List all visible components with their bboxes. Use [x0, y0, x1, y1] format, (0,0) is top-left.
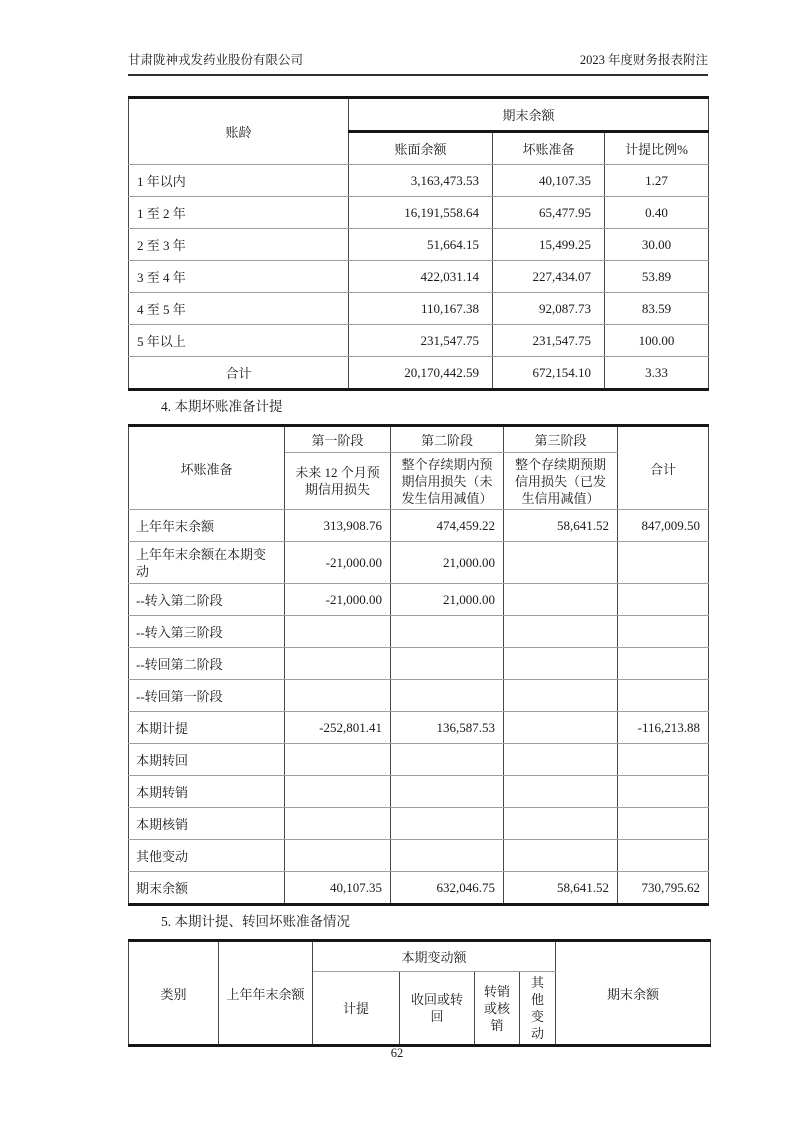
- stage3-cell: [504, 808, 618, 840]
- stage2-cell: [391, 616, 504, 648]
- stage-row-label: 上年年末余额: [129, 510, 285, 542]
- aging-col-provision: 坏账准备: [493, 132, 605, 165]
- total-cell: [618, 680, 709, 712]
- stage2-cell: [391, 808, 504, 840]
- total-cell: 730,795.62: [618, 872, 709, 905]
- provision-cell: 40,107.35: [493, 165, 605, 197]
- table-row: 5 年以上 231,547.75 231,547.75 100.00: [129, 325, 709, 357]
- stage-total-header: 合计: [618, 426, 709, 510]
- stage-row-label: 本期转销: [129, 776, 285, 808]
- writeoff-header: 转销或核销: [475, 972, 520, 1046]
- aging-label: 4 至 5 年: [129, 293, 349, 325]
- stage-3-description: 整个存续期预期信用损失（已发生信用减值）: [504, 453, 618, 510]
- prev-balance-header: 上年年末余额: [219, 941, 313, 1046]
- aging-label: 1 年以内: [129, 165, 349, 197]
- report-title: 2023 年度财务报表附注: [580, 52, 708, 68]
- total-cell: [618, 542, 709, 584]
- stage-row-label: 上年年末余额在本期变动: [129, 542, 285, 584]
- total-row: 合计 20,170,442.59 672,154.10 3.33: [129, 357, 709, 390]
- book-balance-cell: 110,167.38: [349, 293, 493, 325]
- stage1-cell: [285, 616, 391, 648]
- stage-row-label: 期末余额: [129, 872, 285, 905]
- stage-1-description: 未来 12 个月预期信用损失: [285, 453, 391, 510]
- stage2-cell: [391, 776, 504, 808]
- aging-table: 账龄 期末余额 账面余额 坏账准备 计提比例% 1 年以内 3,163,473.…: [128, 96, 709, 391]
- table-row: --转回第二阶段: [129, 648, 709, 680]
- table-row: 其他变动: [129, 840, 709, 872]
- stage2-cell: [391, 648, 504, 680]
- page-content: 甘肃陇神戎发药业股份有限公司 2023 年度财务报表附注 账龄 期末余额 账面余…: [128, 52, 708, 1047]
- book-balance-total: 20,170,442.59: [349, 357, 493, 390]
- stage1-cell: -252,801.41: [285, 712, 391, 744]
- end-balance-header: 期末余额: [556, 941, 711, 1046]
- book-balance-cell: 231,547.75: [349, 325, 493, 357]
- stage-header-row-1: 坏账准备 第一阶段 第二阶段 第三阶段 合计: [129, 426, 709, 453]
- total-cell: [618, 616, 709, 648]
- stage-3-header: 第三阶段: [504, 426, 618, 453]
- stage2-cell: [391, 680, 504, 712]
- stage-row-label: 本期转回: [129, 744, 285, 776]
- total-cell: [618, 808, 709, 840]
- stage3-cell: [504, 616, 618, 648]
- ratio-cell: 1.27: [605, 165, 709, 197]
- stage-row-label: 其他变动: [129, 840, 285, 872]
- stage3-cell: [504, 712, 618, 744]
- table-row: --转入第二阶段 -21,000.00 21,000.00: [129, 584, 709, 616]
- ratio-cell: 0.40: [605, 197, 709, 229]
- stage1-cell: 313,908.76: [285, 510, 391, 542]
- recovery-header: 收回或转回: [400, 972, 475, 1046]
- book-balance-cell: 422,031.14: [349, 261, 493, 293]
- total-cell: 847,009.50: [618, 510, 709, 542]
- table-row: 本期核销: [129, 808, 709, 840]
- total-label: 合计: [129, 357, 349, 390]
- table-row: 上年年末余额在本期变动 -21,000.00 21,000.00: [129, 542, 709, 584]
- stage-2-header: 第二阶段: [391, 426, 504, 453]
- stage1-cell: 40,107.35: [285, 872, 391, 905]
- stage1-cell: -21,000.00: [285, 584, 391, 616]
- stage3-cell: [504, 744, 618, 776]
- stage2-cell: 21,000.00: [391, 542, 504, 584]
- stage1-cell: [285, 776, 391, 808]
- aging-label: 3 至 4 年: [129, 261, 349, 293]
- stage3-cell: [504, 680, 618, 712]
- company-name: 甘肃陇神戎发药业股份有限公司: [128, 52, 303, 68]
- total-cell: [618, 776, 709, 808]
- provision-total: 672,154.10: [493, 357, 605, 390]
- aging-label: 1 至 2 年: [129, 197, 349, 229]
- table-row: 1 至 2 年 16,191,558.64 65,477.95 0.40: [129, 197, 709, 229]
- table-row: --转回第一阶段: [129, 680, 709, 712]
- table-row: 3 至 4 年 422,031.14 227,434.07 53.89: [129, 261, 709, 293]
- table-row: 上年年末余额 313,908.76 474,459.22 58,641.52 8…: [129, 510, 709, 542]
- stage1-cell: [285, 840, 391, 872]
- provision-cell: 227,434.07: [493, 261, 605, 293]
- table-row: 4 至 5 年 110,167.38 92,087.73 83.59: [129, 293, 709, 325]
- stage2-cell: 136,587.53: [391, 712, 504, 744]
- stage3-cell: [504, 542, 618, 584]
- aging-label: 5 年以上: [129, 325, 349, 357]
- stage1-cell: [285, 744, 391, 776]
- stage3-cell: [504, 776, 618, 808]
- stage3-cell: [504, 648, 618, 680]
- aging-header-row-1: 账龄 期末余额: [129, 98, 709, 132]
- stage3-cell: [504, 584, 618, 616]
- stage-2-description: 整个存续期内预期信用损失（未发生信用减值）: [391, 453, 504, 510]
- provision-cell: 15,499.25: [493, 229, 605, 261]
- stage-row-label: --转入第三阶段: [129, 616, 285, 648]
- stage3-cell: 58,641.52: [504, 510, 618, 542]
- stage3-cell: 58,641.52: [504, 872, 618, 905]
- total-cell: [618, 648, 709, 680]
- stage-row-label: --转回第二阶段: [129, 648, 285, 680]
- stage-row-label: --转入第二阶段: [129, 584, 285, 616]
- ratio-cell: 83.59: [605, 293, 709, 325]
- aging-col-ratio: 计提比例%: [605, 132, 709, 165]
- stage-row-label: 本期核销: [129, 808, 285, 840]
- stage1-cell: [285, 648, 391, 680]
- other-change-header-text: 其他变动: [531, 974, 545, 1042]
- provision-header-row-1: 类别 上年年末余额 本期变动额 期末余额: [129, 941, 711, 972]
- table-row: 2 至 3 年 51,664.15 15,499.25 30.00: [129, 229, 709, 261]
- stage3-cell: [504, 840, 618, 872]
- total-cell: -116,213.88: [618, 712, 709, 744]
- page-number: 62: [0, 1046, 794, 1061]
- book-balance-cell: 16,191,558.64: [349, 197, 493, 229]
- stage2-cell: [391, 744, 504, 776]
- ratio-cell: 53.89: [605, 261, 709, 293]
- provision-cell: 231,547.75: [493, 325, 605, 357]
- table-row: 本期计提 -252,801.41 136,587.53 -116,213.88: [129, 712, 709, 744]
- aging-label: 2 至 3 年: [129, 229, 349, 261]
- stage-1-header: 第一阶段: [285, 426, 391, 453]
- writeoff-header-text: 转销或核销: [484, 983, 510, 1034]
- total-cell: [618, 840, 709, 872]
- stage-row-label: --转回第一阶段: [129, 680, 285, 712]
- document-page: 甘肃陇神戎发药业股份有限公司 2023 年度财务报表附注 账龄 期末余额 账面余…: [0, 0, 794, 1122]
- book-balance-cell: 51,664.15: [349, 229, 493, 261]
- aging-group-header: 期末余额: [349, 98, 709, 132]
- table-row: 本期转销: [129, 776, 709, 808]
- ratio-cell: 100.00: [605, 325, 709, 357]
- total-cell: [618, 584, 709, 616]
- period-change-group-header: 本期变动额: [313, 941, 556, 972]
- book-balance-cell: 3,163,473.53: [349, 165, 493, 197]
- stage1-cell: [285, 680, 391, 712]
- stage-table: 坏账准备 第一阶段 第二阶段 第三阶段 合计 未来 12 个月预期信用损失 整个…: [128, 424, 709, 906]
- stage2-cell: 21,000.00: [391, 584, 504, 616]
- stage2-cell: 474,459.22: [391, 510, 504, 542]
- stage2-cell: 632,046.75: [391, 872, 504, 905]
- ratio-cell: 30.00: [605, 229, 709, 261]
- provision-cell: 65,477.95: [493, 197, 605, 229]
- table-row: --转入第三阶段: [129, 616, 709, 648]
- stage-corner-header: 坏账准备: [129, 426, 285, 510]
- stage1-cell: -21,000.00: [285, 542, 391, 584]
- aging-col-book-balance: 账面余额: [349, 132, 493, 165]
- table-row: 1 年以内 3,163,473.53 40,107.35 1.27: [129, 165, 709, 197]
- stage-row-label: 本期计提: [129, 712, 285, 744]
- page-header: 甘肃陇神戎发药业股份有限公司 2023 年度财务报表附注: [128, 52, 708, 76]
- category-header: 类别: [129, 941, 219, 1046]
- section-4-title: 4. 本期坏账准备计提: [128, 398, 708, 416]
- provision-table: 类别 上年年末余额 本期变动额 期末余额 计提 收回或转回 转销或核销 其他变动: [128, 939, 711, 1047]
- table-row: 本期转回: [129, 744, 709, 776]
- ratio-total: 3.33: [605, 357, 709, 390]
- other-change-header: 其他变动: [520, 972, 556, 1046]
- aging-corner-header: 账龄: [129, 98, 349, 165]
- accrual-header: 计提: [313, 972, 400, 1046]
- stage2-cell: [391, 840, 504, 872]
- section-5-title: 5. 本期计提、转回坏账准备情况: [128, 913, 708, 931]
- stage1-cell: [285, 808, 391, 840]
- provision-cell: 92,087.73: [493, 293, 605, 325]
- table-row: 期末余额 40,107.35 632,046.75 58,641.52 730,…: [129, 872, 709, 905]
- total-cell: [618, 744, 709, 776]
